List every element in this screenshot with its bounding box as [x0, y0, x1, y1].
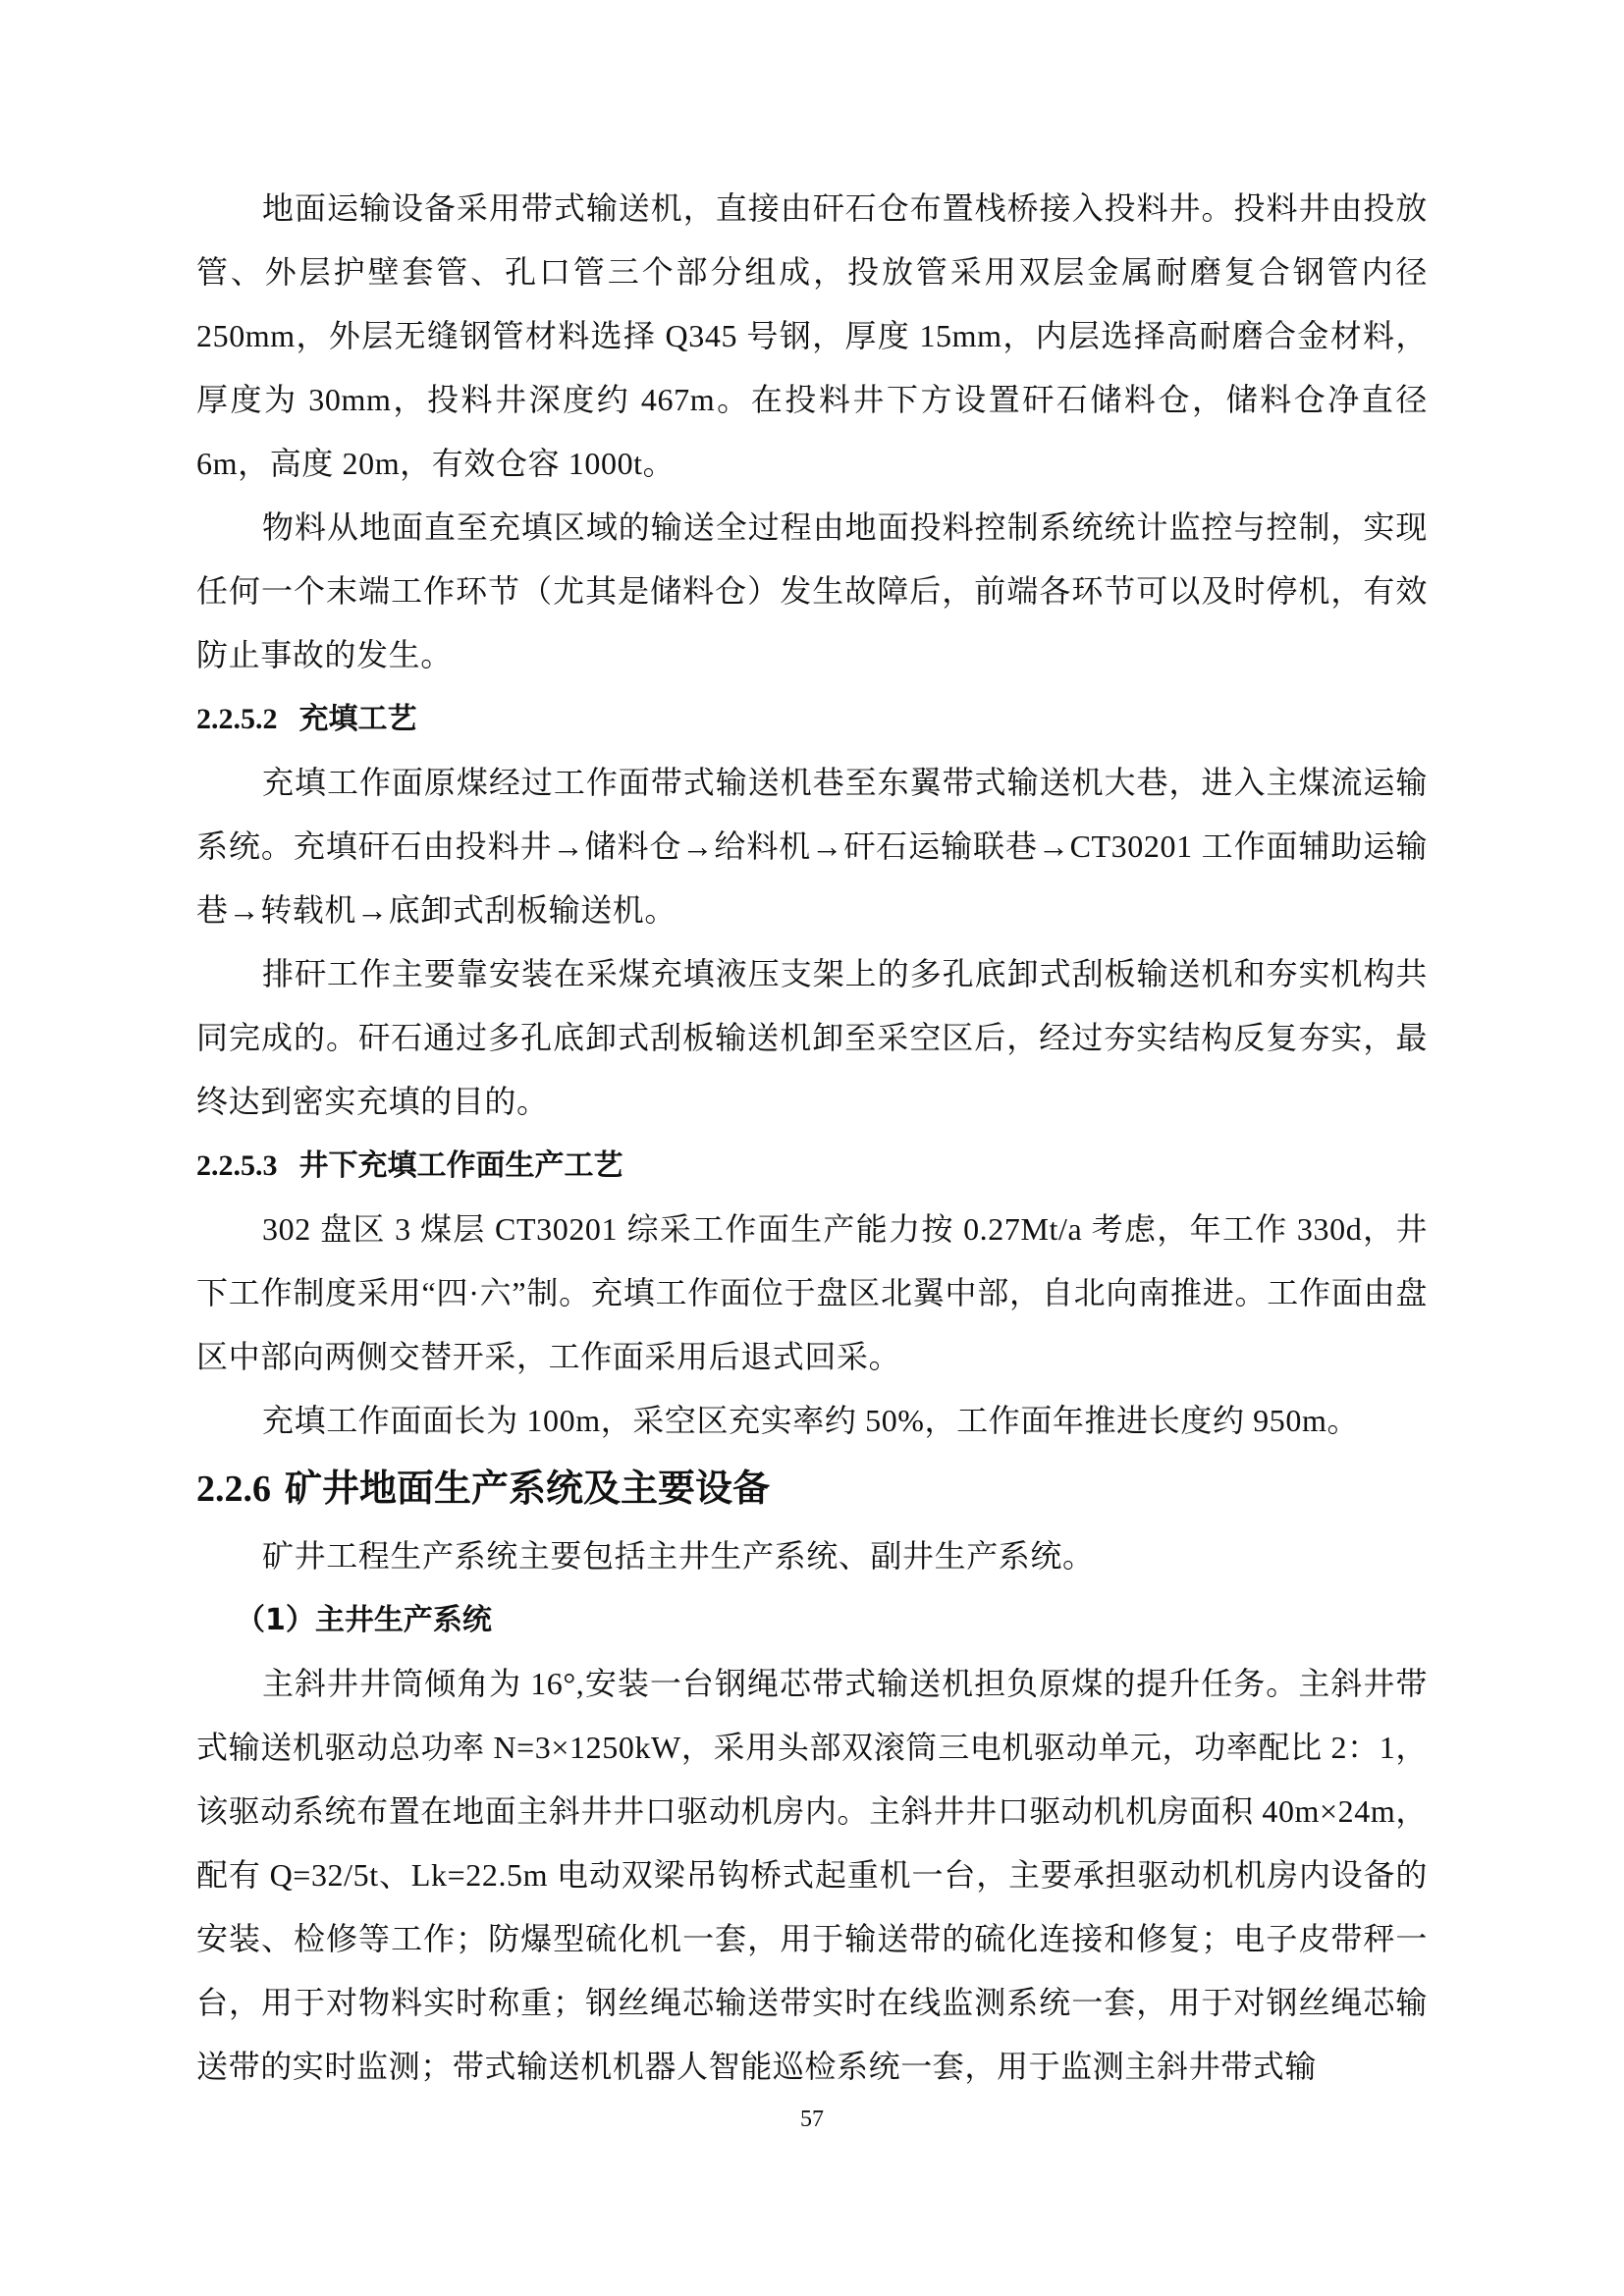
section-heading-2-2-6: 2.2.6矿井地面生产系统及主要设备 — [196, 1453, 1428, 1524]
paragraph-gangue-discharge: 排矸工作主要靠安装在采煤充填液压支架上的多孔底卸式刮板输送机和夯实机构共同完成的… — [196, 942, 1428, 1134]
paragraph-main-shaft-conveyor: 主斜井井筒倾角为 16°,安装一台钢绳芯带式输送机担负原煤的提升任务。主斜井带式… — [196, 1652, 1428, 2099]
section-title: 井下充填工作面生产工艺 — [299, 1148, 623, 1183]
section-number: 2.2.5.3 — [196, 1149, 278, 1182]
paragraph-filling-process: 充填工作面原煤经过工作面带式输送机巷至东翼带式输送机大巷，进入主煤流运输系统。充… — [196, 751, 1428, 942]
section-heading-2-2-5-3: 2.2.5.3井下充填工作面生产工艺 — [196, 1134, 1428, 1198]
paragraph-production-systems: 矿井工程生产系统主要包括主井生产系统、副井生产系统。 — [196, 1524, 1428, 1588]
section-heading-2-2-5-2: 2.2.5.2充填工艺 — [196, 687, 1428, 751]
paragraph-face-length: 充填工作面面长为 100m，采空区充实率约 50%，工作面年推进长度约 950m… — [196, 1389, 1428, 1453]
section-title: 矿井地面生产系统及主要设备 — [285, 1467, 770, 1510]
paragraph-control-system: 物料从地面直至充填区域的输送全过程由地面投料控制系统统计监控与控制，实现任何一个… — [196, 496, 1428, 687]
subheading-main-shaft: （1）主井生产系统 — [196, 1588, 1428, 1652]
section-title: 充填工艺 — [299, 702, 417, 736]
page-number: 57 — [0, 2107, 1624, 2133]
section-number: 2.2.6 — [196, 1468, 271, 1510]
paragraph-face-capacity: 302 盘区 3 煤层 CT30201 综采工作面生产能力按 0.27Mt/a … — [196, 1198, 1428, 1389]
paragraph-ground-transport: 地面运输设备采用带式输送机，直接由矸石仓布置栈桥接入投料井。投料井由投放管、外层… — [196, 177, 1428, 496]
section-number: 2.2.5.2 — [196, 703, 278, 735]
document-page: 地面运输设备采用带式输送机，直接由矸石仓布置栈桥接入投料井。投料井由投放管、外层… — [196, 177, 1428, 2099]
